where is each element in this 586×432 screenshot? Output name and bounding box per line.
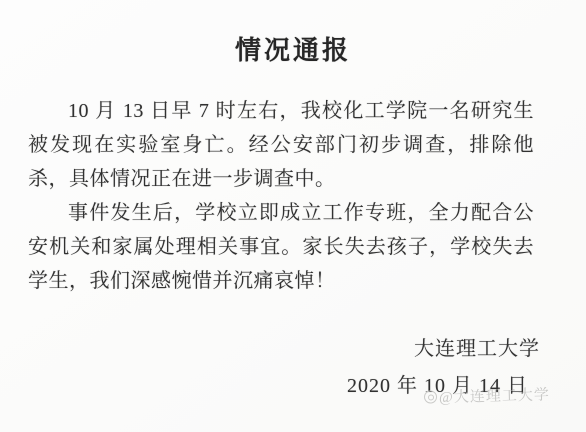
notice-document-photo: 情况通报 10 月 13 日早 7 时左右，我校化工学院一名研究生被发现在实验室… [0,0,586,432]
weibo-watermark-label: @大连理工大学 [439,383,550,407]
notice-title: 情况通报 [0,0,586,67]
notice-body: 10 月 13 日早 7 时左右，我校化工学院一名研究生被发现在实验室身亡。经公… [28,94,534,298]
notice-paragraph-2: 事件发生后，学校立即成立工作专班，全力配合公安机关和家属处理相关事宜。家长失去孩… [28,196,534,298]
weibo-logo-icon [424,390,437,403]
signature-organization: 大连理工大学 [0,332,586,366]
weibo-watermark: @大连理工大学 [424,383,550,407]
notice-paragraph-1: 10 月 13 日早 7 时左右，我校化工学院一名研究生被发现在实验室身亡。经公… [28,94,534,196]
